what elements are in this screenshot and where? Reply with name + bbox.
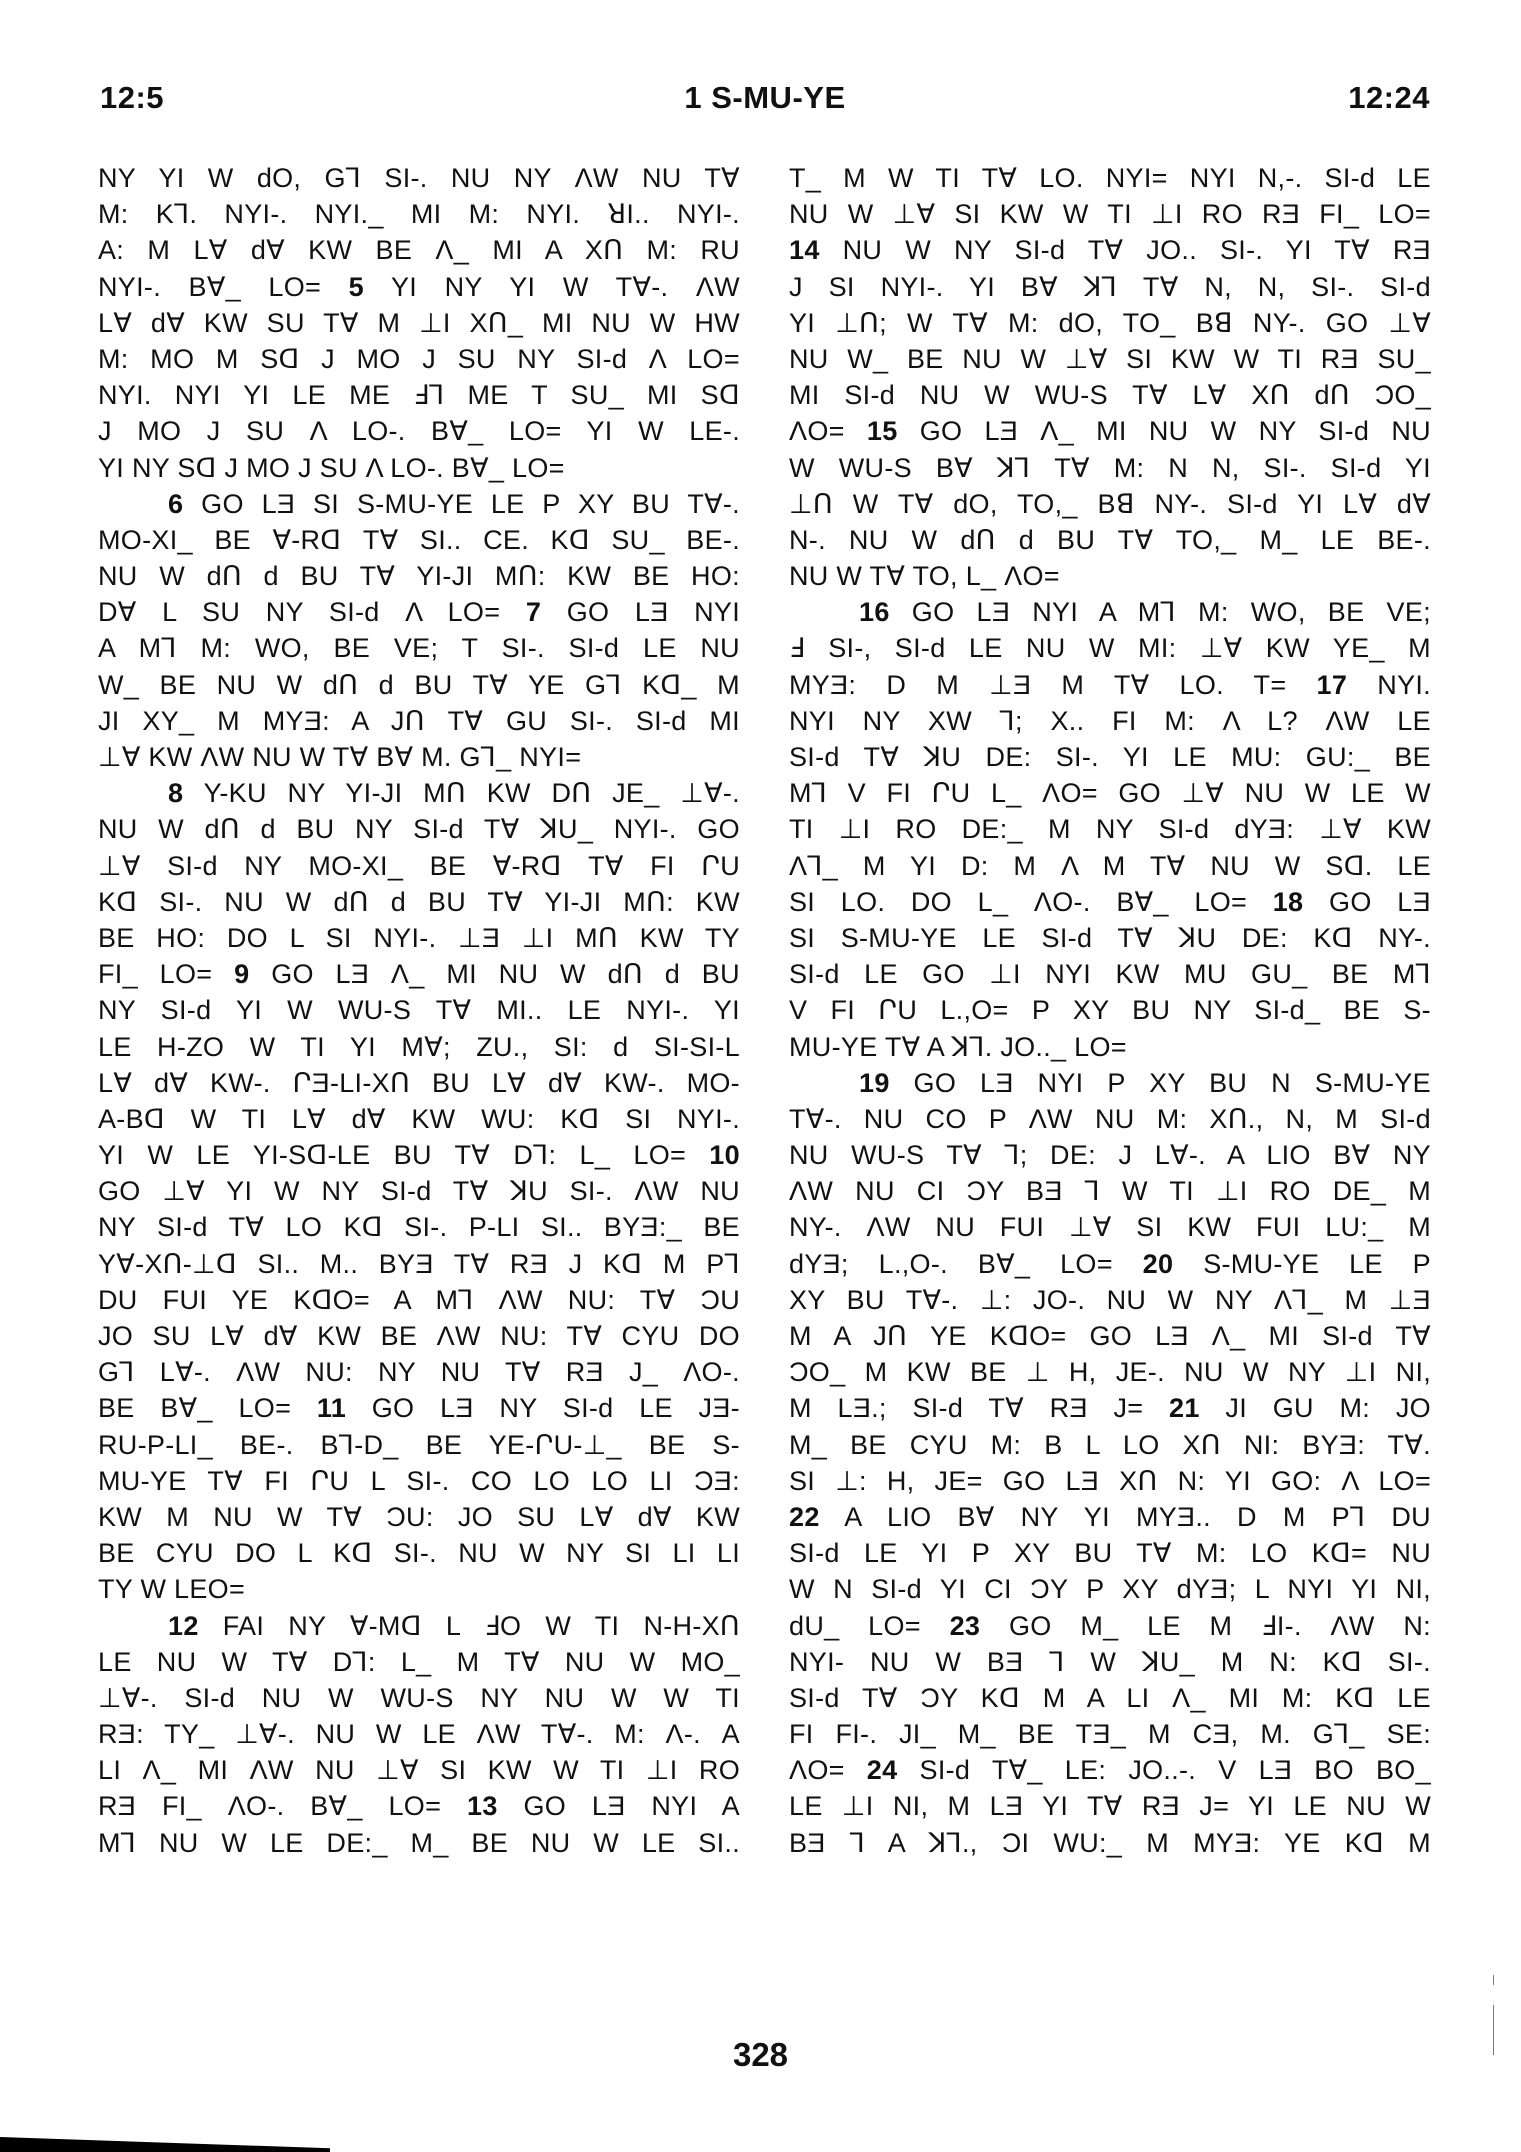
text-line: NYI. NYI YI LE ME Ⅎ⅂ ME T SU_ MI Sꓷ (98, 377, 740, 413)
text-line: NY SI-d YI W WU-S T∀ MI.. LE NYI-. YI (98, 992, 740, 1028)
text-line: MO-XI_ BE ∀-Rꓷ T∀ SI.. CE. Kꓷ SU_ BE-. (98, 522, 740, 558)
text-line: 14 NU W NY SI-d T∀ JO.. SI-. YI T∀ RƎ (789, 232, 1431, 268)
text-line: MU-YE T∀ A ꓘ⅂. JO.._ LO= (789, 1029, 1431, 1065)
text-line: BE B∀_ LO= 11 GO LƎ NY SI-d LE JƎ- (98, 1390, 740, 1426)
text-line: L∀ d∀ KW-. ՐƎ-LI-XՈ BU L∀ d∀ KW-. MO- (98, 1065, 740, 1101)
text-line: KW M NU W T∀ ƆU: JO SU L∀ d∀ KW (98, 1499, 740, 1535)
text-line: BE CYU DO L Kꓷ SI-. NU W NY SI LI LI (98, 1535, 740, 1571)
text-line: JO SU L∀ d∀ KW BE ΛW NU: T∀ CYU DO (98, 1318, 740, 1354)
text-line: V FI ՐU L.,O= P XY BU NY SI-d_ BE S- (789, 992, 1431, 1028)
verse-number: 11 (317, 1393, 346, 1423)
verse-number: 8 (168, 778, 183, 808)
text-line: dU_ LO= 23 GO M_ LE M ℲI-. ΛW N: (789, 1608, 1431, 1644)
verse-number: 6 (168, 489, 183, 519)
verse-number: 19 (859, 1068, 890, 1098)
text-line: Ⅎ SI-, SI-d LE NU W MI: ⊥∀ KW YE_ M (789, 630, 1431, 666)
scan-margin-mark (1493, 2005, 1494, 2055)
text-line: LE H-ZO W TI YI M∀; ZU., SI: d SI-SI-L (98, 1029, 740, 1065)
text-line: G⅂ L∀-. ΛW NU: NY NU T∀ RƎ J_ ΛO-. (98, 1354, 740, 1390)
chapter-verse-end: 12:24 (1348, 80, 1430, 116)
text-line: NY-. ΛW NU FUI ⊥∀ SI KW FUI LU:_ M (789, 1209, 1431, 1245)
text-line: T∀-. NU CO P ΛW NU M: XՈ., N, M SI-d (789, 1101, 1431, 1137)
text-line: TI ⊥I RO DE:_ M NY SI-d dYƎ: ⊥∀ KW (789, 811, 1431, 847)
verse-number: 22 (789, 1502, 820, 1532)
text-line: 6 GO LƎ SI S-MU-YE LE P XY BU T∀-. (98, 486, 740, 522)
text-line: NYI NY XW ⅂; X.. FI M: Λ L? ΛW LE (789, 703, 1431, 739)
text-line: YI ⊥Ո; W T∀ M: dO, TO_ Bꓭ NY-. GO ⊥∀ (789, 305, 1431, 341)
text-line: RƎ FI_ ΛO-. B∀_ LO= 13 GO LƎ NYI A (98, 1788, 740, 1824)
text-line: NYI-. B∀_ LO= 5 YI NY YI W T∀-. ΛW (98, 269, 740, 305)
text-line: J SI NYI-. YI B∀ ꓘ⅂ T∀ N, N, SI-. SI-d (789, 269, 1431, 305)
text-line: J MO J SU Λ LO-. B∀_ LO= YI W LE-. (98, 413, 740, 449)
text-line: SI S-MU-YE LE SI-d T∀ ꓘU DE: Kꓷ NY-. (789, 920, 1431, 956)
text-line: NY SI-d T∀ LO Kꓷ SI-. P-LI SI.. BYƎ:_ BE (98, 1209, 740, 1245)
text-line: LI Λ_ MI ΛW NU ⊥∀ SI KW W TI ⊥I RO (98, 1752, 740, 1788)
text-line: NU W dՈ d BU NY SI-d T∀ ꓘU_ NYI-. GO (98, 811, 740, 847)
text-line: YI NY Sꓷ J MO J SU Λ LO-. B∀_ LO= (98, 450, 740, 486)
verse-number: 17 (1317, 670, 1348, 700)
text-line: Kꓷ SI-. NU W dՈ d BU T∀ YI-JI MՈ: KW (98, 884, 740, 920)
text-column-left: NY YI W dO, G⅂ SI-. NU NY ΛW NU T∀M: K⅂.… (98, 160, 740, 1861)
text-line: BE HO: DO L SI NYI-. ⊥Ǝ ⊥I MՈ KW TY (98, 920, 740, 956)
text-line: FI_ LO= 9 GO LƎ Λ_ MI NU W dՈ d BU (98, 956, 740, 992)
verse-number: 21 (1169, 1393, 1200, 1423)
scan-edge-shadow (0, 2137, 330, 2152)
text-line: LE ⊥I NI, M LƎ YI T∀ RƎ J= YI LE NU W (789, 1788, 1431, 1824)
verse-number: 20 (1143, 1249, 1174, 1279)
text-line: dYƎ; L.,O-. B∀_ LO= 20 S-MU-YE LE P (789, 1246, 1431, 1282)
text-line: M⅂ NU W LE DE:_ M_ BE NU W LE SI.. (98, 1825, 740, 1861)
text-line: M LƎ.; SI-d T∀ RƎ J= 21 JI GU M: JO (789, 1390, 1431, 1426)
text-line: SI-d T∀ ƆY Kꓷ M A LI Λ_ MI M: Kꓷ LE (789, 1680, 1431, 1716)
text-line: 12 FAI NY ∀-Mꓷ L ℲO W TI N-H-XՈ (98, 1608, 740, 1644)
text-line: ΛO= 24 SI-d T∀_ LE: JO..-. V LƎ BO BO_ (789, 1752, 1431, 1788)
text-line: D∀ L SU NY SI-d Λ LO= 7 GO LƎ NYI (98, 594, 740, 630)
page-number: 328 (0, 2036, 1521, 2074)
text-line: L∀ d∀ KW SU T∀ M ⊥I XՈ_ MI NU W HW (98, 305, 740, 341)
text-line: RU-P-LI_ BE-. B⅂-D_ BE YE-ՐU-⊥_ BE S- (98, 1427, 740, 1463)
text-line: DU FUI YE KꓷO= A M⅂ ΛW NU: T∀ ƆU (98, 1282, 740, 1318)
text-line: M: K⅂. NYI-. NYI._ MI M: NYI. ꓤI.. NYI-. (98, 196, 740, 232)
text-line: NU W_ BE NU W ⊥∀ SI KW W TI RƎ SU_ (789, 341, 1431, 377)
text-line: Λ⅂_ M YI D: M Λ M T∀ NU W Sꓷ. LE (789, 848, 1431, 884)
text-column-right: T_ M W TI T∀ LO. NYI= NYI N,-. SI-d LENU… (789, 160, 1431, 1861)
text-line: RƎ: TY_ ⊥∀-. NU W LE ΛW T∀-. M: Λ-. A (98, 1716, 740, 1752)
verse-number: 13 (467, 1791, 498, 1821)
scan-margin-mark (1493, 1975, 1494, 1985)
text-line: NU W T∀ TO, L_ ΛO= (789, 558, 1431, 594)
text-line: 16 GO LƎ NYI A M⅂ M: WO, BE VE; (789, 594, 1431, 630)
text-line: ⊥∀-. SI-d NU W WU-S NY NU W W TI (98, 1680, 740, 1716)
text-line: M⅂ V FI ՐU L_ ΛO= GO ⊥∀ NU W LE W (789, 775, 1431, 811)
text-line: 22 A LIO B∀ NY YI MYƎ.. D M P⅂ DU (789, 1499, 1431, 1535)
text-line: MYƎ: D M ⊥Ǝ M T∀ LO. T= 17 NYI. (789, 667, 1431, 703)
verse-number: 5 (349, 272, 364, 302)
text-line: A: M L∀ d∀ KW BE Λ_ MI A XՈ M: RU (98, 232, 740, 268)
text-line: ⊥Ո W T∀ dO, TO,_ Bꓭ NY-. SI-d YI L∀ d∀ (789, 486, 1431, 522)
text-line: A M⅂ M: WO, BE VE; T SI-. SI-d LE NU (98, 630, 740, 666)
book-title: 1 S-MU-YE (100, 80, 1430, 116)
text-line: W WU-S B∀ ꓘ⅂ T∀ M: N N, SI-. SI-d YI (789, 450, 1431, 486)
text-line: FI FI-. JI_ M_ BE TƎ_ M CƎ, M. G⅂_ SE: (789, 1716, 1431, 1752)
text-line: JI XY_ M MYƎ: A JՈ T∀ GU SI-. SI-d MI (98, 703, 740, 739)
verse-number: 24 (867, 1755, 898, 1785)
text-line: LE NU W T∀ D⅂: L_ M T∀ NU W MO_ (98, 1644, 740, 1680)
verse-number: 7 (526, 597, 541, 627)
verse-number: 23 (950, 1611, 981, 1641)
verse-number: 10 (709, 1140, 740, 1170)
text-line: ΛO= 15 GO LƎ Λ_ MI NU W NY SI-d NU (789, 413, 1431, 449)
verse-number: 12 (168, 1611, 199, 1641)
text-line: MI SI-d NU W WU-S T∀ L∀ XՈ dՈ ƆO_ (789, 377, 1431, 413)
text-line: SI-d T∀ ꓘU DE: SI-. YI LE MU: GU:_ BE (789, 739, 1431, 775)
text-line: MU-YE T∀ FI ՐU L SI-. CO LO LO LI ƆƎ: (98, 1463, 740, 1499)
text-line: NY YI W dO, G⅂ SI-. NU NY ΛW NU T∀ (98, 160, 740, 196)
text-line: YI W LE YI-Sꓷ-LE BU T∀ D⅂: L_ LO= 10 (98, 1137, 740, 1173)
text-line: SI ⊥: H, JE= GO LƎ XՈ N: YI GO: Λ LO= (789, 1463, 1431, 1499)
text-line: NU W dՈ d BU T∀ YI-JI MՈ: KW BE HO: (98, 558, 740, 594)
text-line: M A JՈ YE KꓷO= GO LƎ Λ_ MI SI-d T∀ (789, 1318, 1431, 1354)
text-line: ⊥∀ KW ΛW NU W T∀ B∀ M. G⅂_ NYI= (98, 739, 740, 775)
text-line: NU WU-S T∀ ⅂; DE: J L∀-. A LIO B∀ NY (789, 1137, 1431, 1173)
text-line: N-. NU W dՈ d BU T∀ TO,_ M_ LE BE-. (789, 522, 1431, 558)
text-line: A-Bꓷ W TI L∀ d∀ KW WU: Kꓷ SI NYI-. (98, 1101, 740, 1137)
text-line: ⊥∀ SI-d NY MO-XI_ BE ∀-Rꓷ T∀ FI ՐU (98, 848, 740, 884)
text-line: W_ BE NU W dՈ d BU T∀ YE G⅂ Kꓷ_ M (98, 667, 740, 703)
text-line: T_ M W TI T∀ LO. NYI= NYI N,-. SI-d LE (789, 160, 1431, 196)
text-line: NYI- NU W BƎ ⅂ W ꓘU_ M N: Kꓷ SI-. (789, 1644, 1431, 1680)
text-line: TY W LEO= (98, 1571, 740, 1607)
verse-number: 18 (1273, 887, 1304, 917)
text-line: 8 Y-KU NY YI-JI MՈ KW DՈ JE_ ⊥∀-. (98, 775, 740, 811)
verse-number: 16 (859, 597, 890, 627)
text-line: M_ BE CYU M: B L LO XՈ NI: BYƎ: T∀. (789, 1427, 1431, 1463)
text-line: SI-d LE GO ⊥I NYI KW MU GU_ BE M⅂ (789, 956, 1431, 992)
page-header: 12:5 1 S-MU-YE 12:24 (100, 80, 1430, 120)
text-line: SI LO. DO L_ ΛO-. B∀_ LO= 18 GO LƎ (789, 884, 1431, 920)
text-line: Y∀-XՈ-⊥ꓷ SI.. M.. BYƎ T∀ RƎ J Kꓷ M P⅂ (98, 1246, 740, 1282)
text-line: ƆO_ M KW BE ⊥ H, JE-. NU W NY ⊥I NI, (789, 1354, 1431, 1390)
text-line: SI-d LE YI P XY BU T∀ M: LO Kꓷ= NU (789, 1535, 1431, 1571)
text-line: XY BU T∀-. ⊥: JO-. NU W NY Λ⅂_ M ⊥Ǝ (789, 1282, 1431, 1318)
text-line: NU W ⊥∀ SI KW W TI ⊥I RO RƎ FI_ LO= (789, 196, 1431, 232)
text-line: GO ⊥∀ YI W NY SI-d T∀ ꓘU SI-. ΛW NU (98, 1173, 740, 1209)
text-line: W N SI-d YI CI ƆY P XY dYƎ; L NYI YI NI, (789, 1571, 1431, 1607)
text-line: 19 GO LƎ NYI P XY BU N S-MU-YE (789, 1065, 1431, 1101)
verse-number: 14 (789, 235, 820, 265)
text-line: ΛW NU CI ƆY BƎ ⅂ W TI ⊥I RO DE_ M (789, 1173, 1431, 1209)
text-line: M: MO M Sꓷ J MO J SU NY SI-d Λ LO= (98, 341, 740, 377)
verse-number: 9 (234, 959, 249, 989)
text-line: BƎ ⅂ A ꓘ⅂., ƆI WU:_ M MYƎ: YE Kꓷ M (789, 1825, 1431, 1861)
verse-number: 15 (867, 416, 898, 446)
